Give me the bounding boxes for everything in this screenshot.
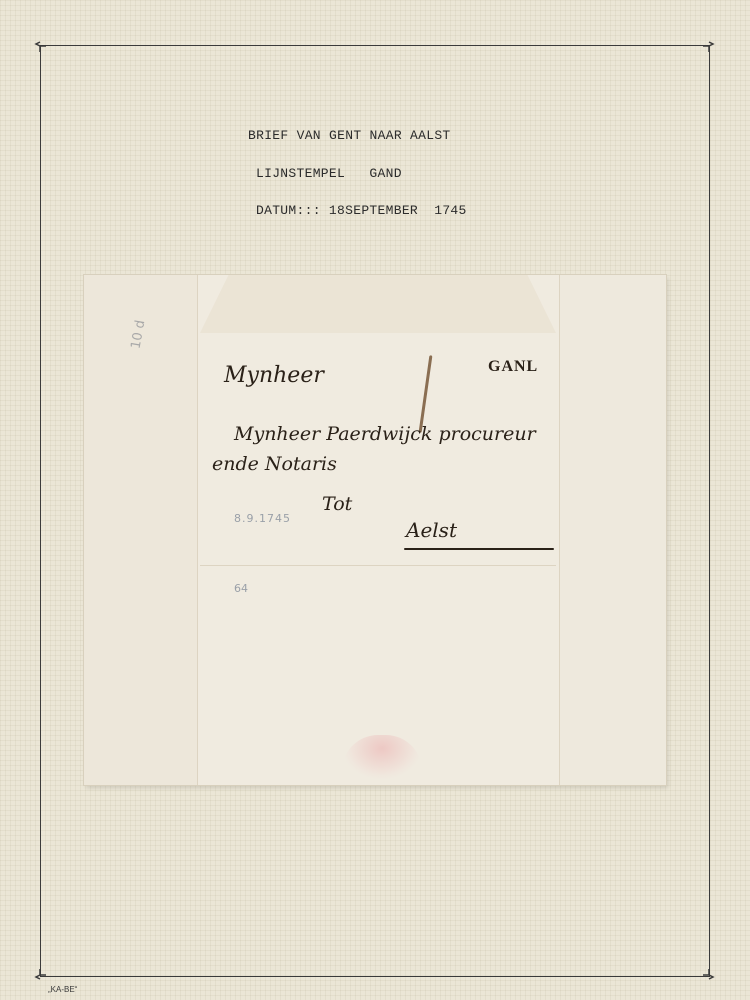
- corner-ornament-icon: [34, 40, 46, 52]
- address-line-2: ende Notaris: [212, 453, 337, 475]
- pencil-number-note: 64: [234, 582, 248, 595]
- address-line-4: Aelst: [406, 518, 457, 542]
- corner-ornament-icon: [703, 969, 715, 981]
- ink-rate-mark: [419, 355, 433, 433]
- letter-left-fold: [84, 275, 198, 785]
- address-line-3: Tot: [322, 493, 352, 515]
- address-salutation: Mynheer: [224, 363, 324, 388]
- heading-postmark-type: LIJNSTEMPEL GAND: [256, 166, 402, 181]
- pencil-date-note: 8.9.1745: [234, 512, 291, 525]
- address-line-1: Mynheer Paerdwijck procureur: [234, 423, 536, 445]
- album-brand-label: „KA-BE“: [48, 985, 77, 994]
- letter-right-fold: [559, 275, 666, 785]
- fold-line: [200, 565, 556, 566]
- corner-ornament-icon: [34, 969, 46, 981]
- postmark-stamp: GANL: [488, 358, 538, 376]
- heading-title: BRIEF VAN GENT NAAR AALST: [248, 128, 451, 143]
- heading-date: DATUM::: 18SEPTEMBER 1745: [256, 203, 467, 218]
- letter-cover: GANL Mynheer Mynheer Paerdwijck procureu…: [84, 275, 666, 785]
- letter-top-flap: [200, 275, 556, 333]
- wax-seal-remnant: [342, 735, 422, 780]
- address-underline: [404, 548, 554, 550]
- corner-ornament-icon: [703, 40, 715, 52]
